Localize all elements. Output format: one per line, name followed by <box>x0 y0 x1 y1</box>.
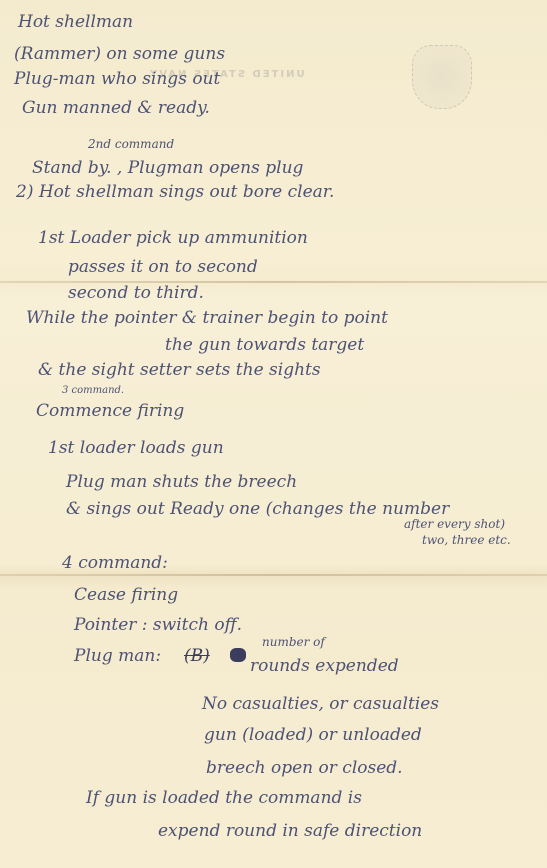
line-no-casualties: No casualties, or casualties <box>202 696 439 713</box>
line-expend-round: expend round in safe direction <box>158 823 422 840</box>
navy-seal-showthrough-icon <box>412 45 472 109</box>
line-commence-firing: Commence firing <box>36 403 184 420</box>
line-plug-man-label: Plug man: <box>74 648 161 665</box>
line-breech-open: breech open or closed. <box>206 760 403 777</box>
line-struck-out: (B) <box>184 648 210 665</box>
handwritten-page: UNITED STATES NAVY Hot shellman (Rammer)… <box>0 0 547 868</box>
line-passes-it: passes it on to second <box>68 259 258 276</box>
line-number-of: number of <box>262 636 325 648</box>
line-ready-one: & sings out Ready one (changes the numbe… <box>66 501 449 518</box>
line-after-every-shot: after every shot) <box>404 518 505 530</box>
line-rammer: (Rammer) on some guns <box>14 46 225 63</box>
line-plug-man-sings: Plug-man who sings out <box>14 71 220 88</box>
line-bore-clear: 2) Hot shellman sings out bore clear. <box>16 184 334 201</box>
fold-crease-lower <box>0 574 547 576</box>
line-cease-firing: Cease firing <box>74 587 178 604</box>
line-two-three: two, three etc. <box>422 534 511 546</box>
line-pointer-switch-off: Pointer : switch off. <box>74 617 242 634</box>
line-gun-loaded: gun (loaded) or unloaded <box>204 727 422 744</box>
line-rounds-expended: rounds expended <box>250 658 399 675</box>
line-loader-loads-gun: 1st loader loads gun <box>48 440 224 457</box>
line-third-command: 3 command. <box>62 386 124 396</box>
line-sight-setter: & the sight setter sets the sights <box>38 362 321 379</box>
line-pointer-trainer: While the pointer & trainer begin to poi… <box>26 310 388 327</box>
line-second-command: 2nd command <box>88 138 174 150</box>
ink-scribble-icon <box>230 648 246 662</box>
line-first-loader: 1st Loader pick up ammunition <box>38 230 308 247</box>
line-gun-towards-target: the gun towards target <box>165 337 364 354</box>
line-second-to-third: second to third. <box>68 285 204 302</box>
line-hot-shellman: Hot shellman <box>18 14 133 31</box>
line-plug-man-shuts: Plug man shuts the breech <box>66 474 297 491</box>
line-if-gun-loaded: If gun is loaded the command is <box>86 790 362 807</box>
line-gun-manned: Gun manned & ready. <box>22 100 210 117</box>
line-stand-by: Stand by. , Plugman opens plug <box>32 160 303 177</box>
line-fourth-command: 4 command: <box>62 555 168 572</box>
